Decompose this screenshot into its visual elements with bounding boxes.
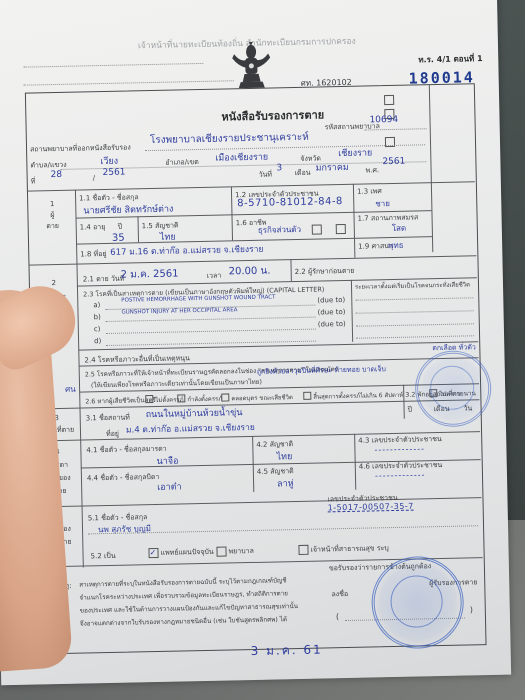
- doc-no-label: ที่: [31, 176, 36, 187]
- duration-unit-year: ปี: [407, 405, 412, 416]
- certifier-name-value: นพ สุภรัช บุญมี: [98, 522, 151, 536]
- role-checkbox[interactable]: [216, 547, 226, 557]
- margin-initials: ศน: [65, 383, 76, 396]
- treated-before-death-label: 2.2 ผู้รักษาก่อนตาย: [295, 266, 355, 278]
- father-name-value: เอาต๋า: [157, 479, 182, 494]
- religion-value: พุทธ: [388, 239, 404, 252]
- death-date-value: 2 ม.ค. 2561: [121, 266, 179, 282]
- doc-year-value: 2561: [102, 168, 125, 178]
- hospital-code-value: 10694: [369, 115, 398, 126]
- female-status-option: กำลังตั้งครรภ์: [187, 394, 222, 405]
- admin-checkbox[interactable]: [384, 95, 394, 105]
- section1-side-label: 1ผู้ตาย: [29, 199, 76, 233]
- death-time-value: 20.00 น.: [229, 264, 271, 280]
- death-date-label: 2.1 ตาย วันที่: [83, 274, 125, 286]
- role-option-label: แพทย์แผนปัจจุบัน: [160, 547, 213, 559]
- doc-no-value: 28: [51, 170, 63, 180]
- date-year-value: 2561: [382, 157, 405, 167]
- paren-close: ): [470, 605, 473, 614]
- mother-nationality-value: ไทย: [276, 449, 292, 463]
- role-option-label: เจ้าหน้าที่สาธารณสุข ระบุ: [310, 543, 388, 556]
- date-day-value: 3: [276, 163, 282, 173]
- document-title: หนังสือรับรองการตาย: [221, 105, 324, 125]
- death-certificate-paper: เจ้าหน้าที่นายทะเบียนท้องถิ่น สำนักทะเบี…: [0, 0, 511, 685]
- female-status-checkbox[interactable]: [177, 394, 185, 402]
- age-unit: ปี: [118, 222, 123, 233]
- father-id-value: -------------: [375, 470, 426, 480]
- occupation-checkbox[interactable]: [312, 224, 322, 234]
- marital-value: โสด: [392, 222, 407, 235]
- occupation-value: ธุรกิจส่วนตัว: [258, 223, 302, 237]
- mother-name-label: 4.1 ชื่อตัว - ชื่อสกุลมารดา: [86, 444, 167, 457]
- cause-line-prefix: d): [94, 337, 101, 345]
- date-month-value: มกราคม: [315, 160, 349, 175]
- cause-line-suffix: (due to): [318, 320, 346, 329]
- role-option-label: พยาบาล: [228, 546, 254, 558]
- role-checkbox[interactable]: ✓: [148, 548, 158, 558]
- female-status-checkbox[interactable]: [303, 392, 311, 400]
- female-status-option: คลอดบุตร ขณะเสียชีวิต: [231, 392, 293, 403]
- date-day-label: วันที่: [259, 169, 273, 180]
- sex-value: ชาย: [375, 197, 390, 210]
- header-line: [23, 63, 203, 68]
- handwritten-date: 3 ม.ค. 61: [250, 641, 322, 662]
- female-status-checkbox[interactable]: [145, 395, 153, 403]
- form-code: ท.ร. 4/1 ตอนที่ 1: [418, 52, 483, 66]
- sex-label: 1.3 เพศ: [357, 186, 382, 198]
- sign-label: ลงชื่อ: [331, 589, 348, 600]
- marital-label: 1.7 สถานภาพสมรส: [357, 212, 418, 224]
- death-time-label: เวลา: [207, 271, 222, 282]
- death-place-address-value: ม.4 ต.ท่าก๊อ อ.แม่สรวย จ.เชียงราย: [126, 420, 255, 437]
- subdistrict-value: เวียง: [100, 154, 118, 168]
- header-line: [24, 80, 234, 85]
- certifier-id-value: 1-5017-00507-35-7: [328, 502, 414, 513]
- father-name-label: 4.4 ชื่อตัว - ชื่อสกุลบิดา: [87, 472, 160, 485]
- address-label: 1.8 ที่อยู่: [80, 249, 107, 261]
- cause-line-suffix: (due to): [317, 308, 345, 317]
- deceased-id-value: 8-5710-81012-84-8: [237, 196, 343, 209]
- death-place-value: ถนนในหมู่บ้านห้วยน้ำขุ่น: [145, 405, 242, 421]
- female-status-checkbox[interactable]: [221, 393, 229, 401]
- cause-line-prefix: c): [94, 325, 101, 333]
- mother-id-value: -------------: [374, 444, 425, 454]
- garuda-emblem-icon: [230, 41, 273, 90]
- date-year-label: พ.ศ.: [365, 165, 379, 176]
- date-month-label: เดือน: [295, 168, 311, 179]
- cause-line-prefix: a): [93, 301, 100, 309]
- death-place-label: 3.1 ชื่อสถานที่: [86, 413, 130, 425]
- cause-line-prefix: b): [94, 313, 101, 321]
- father-nationality-value: ลาหู่: [277, 476, 294, 490]
- role-checkbox[interactable]: [298, 545, 308, 555]
- cause-line-suffix: (due to): [317, 296, 345, 305]
- doc-no-separator: /: [93, 174, 96, 182]
- paren-open: (: [336, 612, 339, 621]
- female-status-option: สิ้นสุดการตั้งครรภ์ไม่เกิน 6 สัปดาห์: [313, 390, 403, 402]
- age-label: 1.4 อายุ: [80, 222, 106, 234]
- certifier-role-label: 5.2 เป็น: [90, 551, 115, 563]
- district-value: เมืองเชียงราย: [215, 150, 268, 165]
- province-value: เชียงราย: [338, 145, 372, 160]
- occupation-checkbox[interactable]: [336, 224, 346, 234]
